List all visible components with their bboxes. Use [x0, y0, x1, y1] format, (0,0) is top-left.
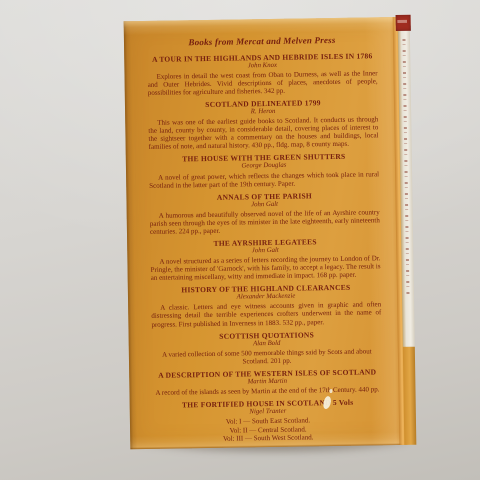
book-listing: THE FORTIFIED HOUSE IN SCOTLAND 5 Vols N… [153, 397, 384, 444]
book-listing: SCOTTISH QUOTATIONS Alan Bold A varied c… [152, 329, 383, 367]
book-description: A classic. Letters and eye witness accou… [151, 301, 381, 329]
book-description: A novel of great power, which reflects t… [149, 170, 379, 190]
jacket-scuff-mark [329, 389, 332, 393]
book-description: A humorous and beautifully observed nove… [150, 208, 380, 236]
photo-background: Books from Mercat and Melven Press A TOU… [0, 0, 480, 480]
volume-list: Vol: I — South East Scotland. Vol: II — … [153, 415, 383, 443]
book-listing: SCOTLAND DELINEATED 1799 R. Heron This w… [148, 97, 379, 151]
spine-top-label [396, 15, 411, 31]
book-listing: A DESCRIPTION OF THE WESTERN ISLES OF SC… [152, 367, 382, 397]
book: Books from Mercat and Melven Press A TOU… [124, 17, 417, 449]
book-description: Explores in detail the west coast from O… [147, 69, 377, 97]
book-spine-lower-edge [403, 346, 417, 445]
spine-vertical-text [402, 39, 409, 296]
book-back-cover: Books from Mercat and Melven Press A TOU… [124, 17, 405, 449]
imprint-title: Books from Mercat and Melven Press [147, 34, 377, 48]
book-description: This was one of the earliest guide books… [148, 116, 378, 152]
book-listing: ANNALS OF THE PARISH John Galt A humorou… [149, 190, 380, 236]
book-description: A varied collection of some 500 memorabl… [152, 347, 382, 367]
cover-text-block: Books from Mercat and Melven Press A TOU… [147, 34, 383, 444]
book-listing: HISTORY OF THE HIGHLAND CLEARANCES Alexa… [151, 283, 382, 329]
book-listing: THE HOUSE WITH THE GREEN SHUTTERS George… [149, 152, 380, 190]
book-description: A novel structured as a series of letter… [150, 254, 380, 282]
book-listing: THE AYRSHIRE LEGATEES John Galt A novel … [150, 236, 381, 282]
book-listing: A TOUR IN THE HIGHLANDS AND HEBRIDE ISLE… [147, 51, 378, 97]
